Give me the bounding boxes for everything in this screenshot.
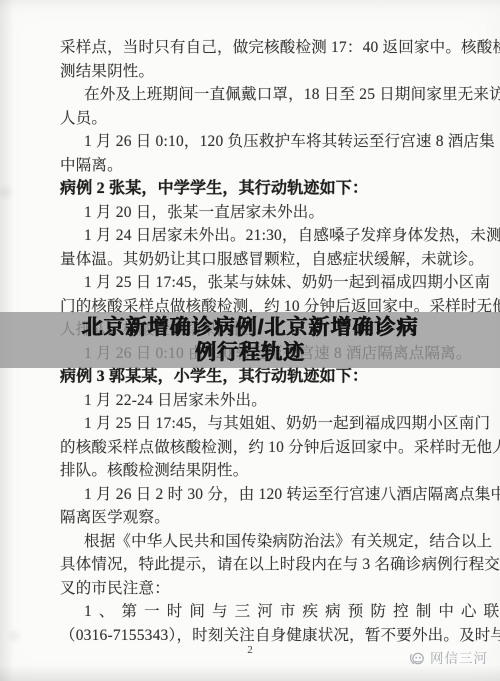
document-line: 病例 2 张某，中学学生，其行动轨迹如下： <box>60 177 460 201</box>
document-line: 1 月 20 日，张某一直居家未外出。 <box>60 201 460 225</box>
document-line: 的核酸采样点做核酸检测，约 10 分钟后返回家中。采样时无他人 <box>60 436 460 460</box>
document-line: 1 月 25 日 17:45，与其姐姐、奶奶一起到福成四期小区南门 <box>60 412 460 436</box>
document-line: 具体情况，特此提示，请在以上时段内在与 3 名确诊病例行程交 <box>60 553 460 577</box>
document-line: 1 月 22-24 日居家未外出。 <box>60 389 460 413</box>
wechat-official-account-icon <box>409 650 426 667</box>
document-line: 排队。核酸检测结果阴性。 <box>60 459 460 483</box>
document-line: 1、第一时间与三河市疾病预防控制中心联系 <box>60 600 460 624</box>
document-line: 中隔离。 <box>60 154 460 178</box>
document-line: 量体温。其奶奶让其口服感冒颗粒，自感症状缓解，未就诊。 <box>60 248 460 272</box>
document-line: 叉的市民注意： <box>60 577 460 601</box>
document-line: 1 月 26 日 0:10，120 负压救护车将其转运至行宫速 8 酒店集 <box>60 130 460 154</box>
document-line: 1 月 26 日 2 时 30 分，由 120 转运至行宫速八酒店隔离点集中 <box>60 483 460 507</box>
overlay-title-line1: 北京新增确诊病例/北京新增确诊病 <box>82 315 419 340</box>
document-line: 在外及上班期间一直佩戴口罩，18 日至 25 日期间家里无来访 <box>60 83 460 107</box>
title-overlay: 北京新增确诊病例/北京新增确诊病 例行程轨迹 <box>0 312 500 368</box>
document-line: 1 月 24 日居家未外出。21:30，自感嗓子发痒身体发热，未测 <box>60 224 460 248</box>
document-line: 根据《中华人民共和国传染病防治法》有关规定，结合以上 <box>60 530 460 554</box>
document-line: 人员。 <box>60 107 460 131</box>
overlay-title-line2: 例行程轨迹 <box>195 340 305 365</box>
watermark-label: 网信三河 <box>430 650 488 667</box>
document-line: 采样点，当时只有自己，做完核酸检测 17：40 返回家中。核酸检 <box>60 36 460 60</box>
watermark: 网信三河 <box>409 650 488 667</box>
document-photo: 采样点，当时只有自己，做完核酸检测 17：40 返回家中。核酸检测结果阴性。在外… <box>0 0 500 681</box>
document-line: 1 月 25 日 17:45，张某与妹妹、奶奶一起到福成四期小区南 <box>60 271 460 295</box>
document-line: 测结果阴性。 <box>60 60 460 84</box>
document-line: 病例 3 郭某某，小学生，其行动轨迹如下： <box>60 365 460 389</box>
document-line: 隔离医学观察。 <box>60 506 460 530</box>
